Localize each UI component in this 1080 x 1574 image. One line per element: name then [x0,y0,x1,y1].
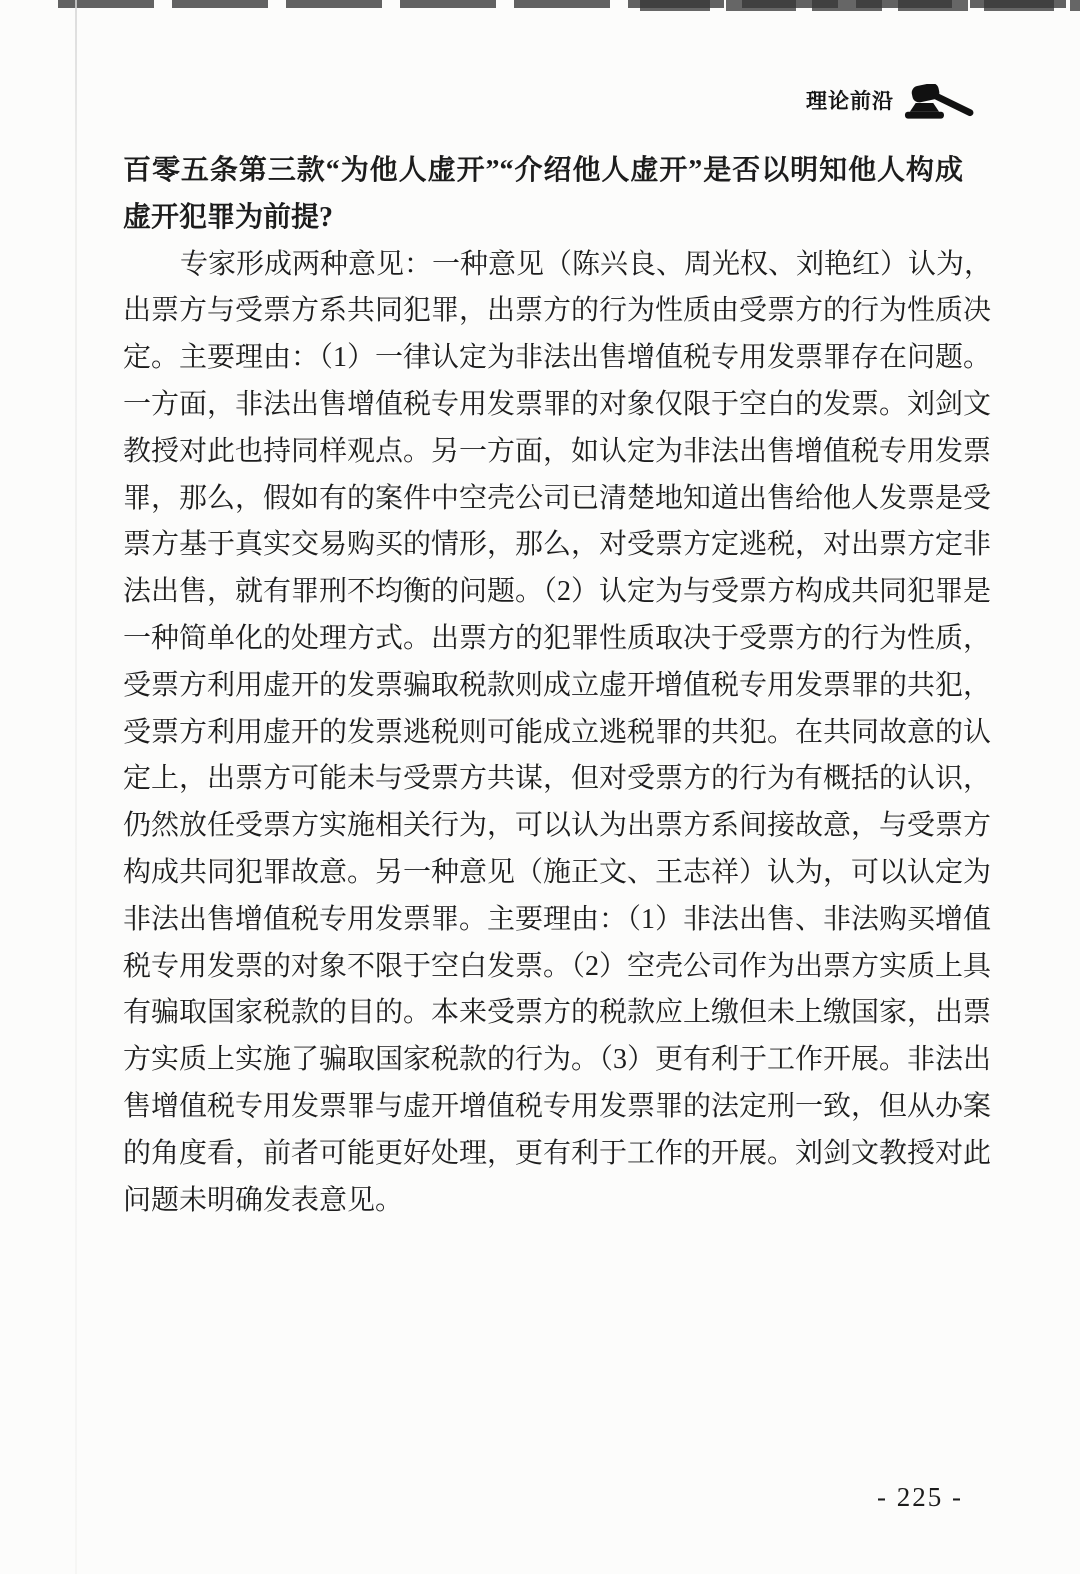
text-line: 有骗取国家税款的目的。本来受票方的税款应上缴但未上缴国家，出票 [123,990,963,1037]
text-line: 构成共同犯罪故意。另一种意见（施正文、王志祥）认为，可以认定为 [123,850,963,897]
book-page: 理论前沿 百零五条第三款“为他人虚开”“介绍他人虚开”是否以明知他人构成虚开犯罪… [0,0,1080,1574]
text-line: 法出售，就有罪刑不均衡的问题。（2）认定为与受票方构成共同犯罪是 [123,569,963,616]
page-number: - 225 - [877,1482,963,1512]
scan-artifact-band-right [640,0,1080,11]
text-line: 仍然放任受票方实施相关行为，可以认为出票方系间接故意，与受票方 [123,803,963,850]
gavel-icon [904,84,980,120]
text-line: 一方面，非法出售增值税专用发票罪的对象仅限于空白的发票。刘剑文 [123,382,963,429]
text-line: 方实质上实施了骗取国家税款的行为。（3）更有利于工作开展。非法出 [123,1037,963,1084]
body-text: 百零五条第三款“为他人虚开”“介绍他人虚开”是否以明知他人构成虚开犯罪为前提? … [123,148,963,1224]
text-line: 定上，出票方可能未与受票方共谋，但对受票方的行为有概括的认识， [123,756,963,803]
scan-edge-line [75,0,77,1574]
text-line: 专家形成两种意见：一种意见（陈兴良、周光权、刘艳红）认为， [123,242,963,289]
text-line: 出票方与受票方系共同犯罪，出票方的行为性质由受票方的行为性质决 [123,288,963,335]
page-footer: - 225 - [123,1482,963,1513]
text-line: 教授对此也持同样观点。另一方面，如认定为非法出售增值税专用发票 [123,429,963,476]
text-line: 售增值税专用发票罪与虚开增值税专用发票罪的法定刑一致，但从办案 [123,1084,963,1131]
opinion-paragraph: 专家形成两种意见：一种意见（陈兴良、周光权、刘艳红）认为，出票方与受票方系共同犯… [123,242,963,1225]
text-line: 非法出售增值税专用发票罪。主要理由：（1）非法出售、非法购买增值 [123,897,963,944]
question-paragraph: 百零五条第三款“为他人虚开”“介绍他人虚开”是否以明知他人构成虚开犯罪为前提? [123,148,963,242]
text-line: 票方基于真实交易购买的情形，那么，对受票方定逃税，对出票方定非 [123,522,963,569]
text-line: 罪，那么，假如有的案件中空壳公司已清楚地知道出售给他人发票是受 [123,476,963,523]
section-label: 理论前沿 [806,85,894,119]
text-line: 的角度看，前者可能更好处理，更有利于工作的开展。刘剑文教授对此 [123,1131,963,1178]
text-line: 定。主要理由：（1）一律认定为非法出售增值税专用发票罪存在问题。 [123,335,963,382]
text-line: 百零五条第三款“为他人虚开”“介绍他人虚开”是否以明知他人构成 [123,148,963,195]
page-header: 理论前沿 [806,84,980,120]
text-line: 虚开犯罪为前提? [123,195,963,242]
text-line: 税专用发票的对象不限于空白发票。（2）空壳公司作为出票方实质上具 [123,944,963,991]
text-line: 受票方利用虚开的发票逃税则可能成立逃税罪的共犯。在共同故意的认 [123,710,963,757]
text-line: 受票方利用虚开的发票骗取税款则成立虚开增值税专用发票罪的共犯， [123,663,963,710]
text-line: 一种简单化的处理方式。出票方的犯罪性质取决于受票方的行为性质， [123,616,963,663]
text-line: 问题未明确发表意见。 [123,1178,963,1225]
